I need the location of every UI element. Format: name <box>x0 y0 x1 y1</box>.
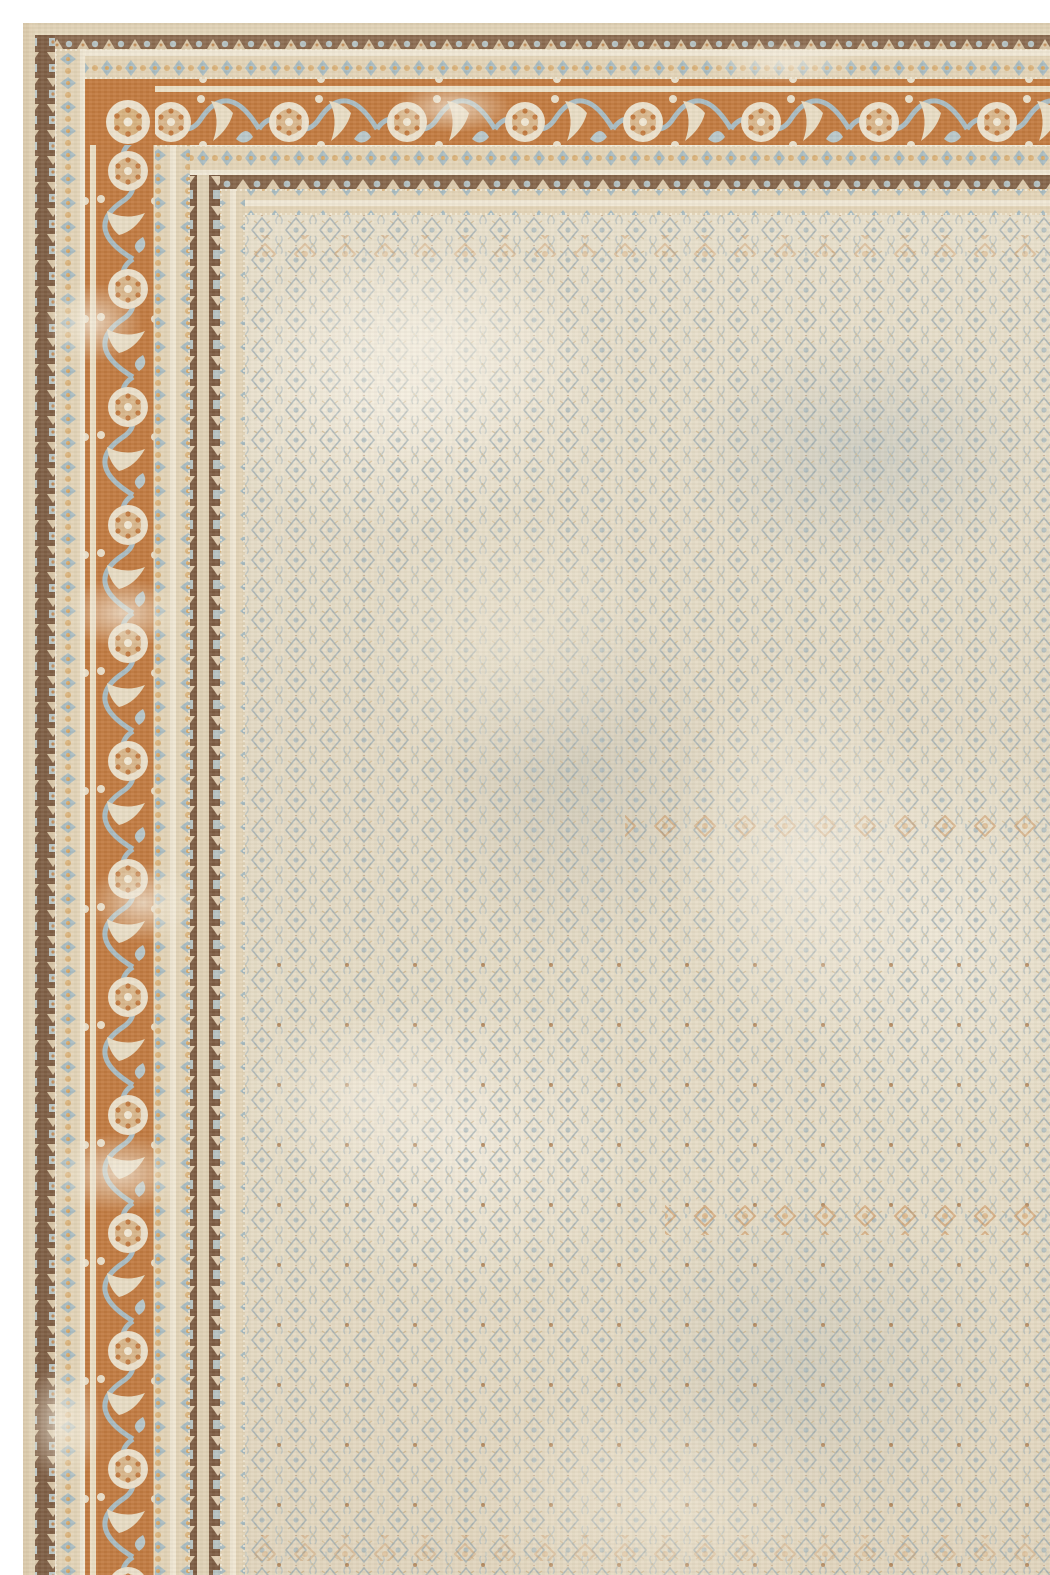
rug-photo <box>23 23 1050 1575</box>
border-wear-overlay <box>23 23 1050 1575</box>
